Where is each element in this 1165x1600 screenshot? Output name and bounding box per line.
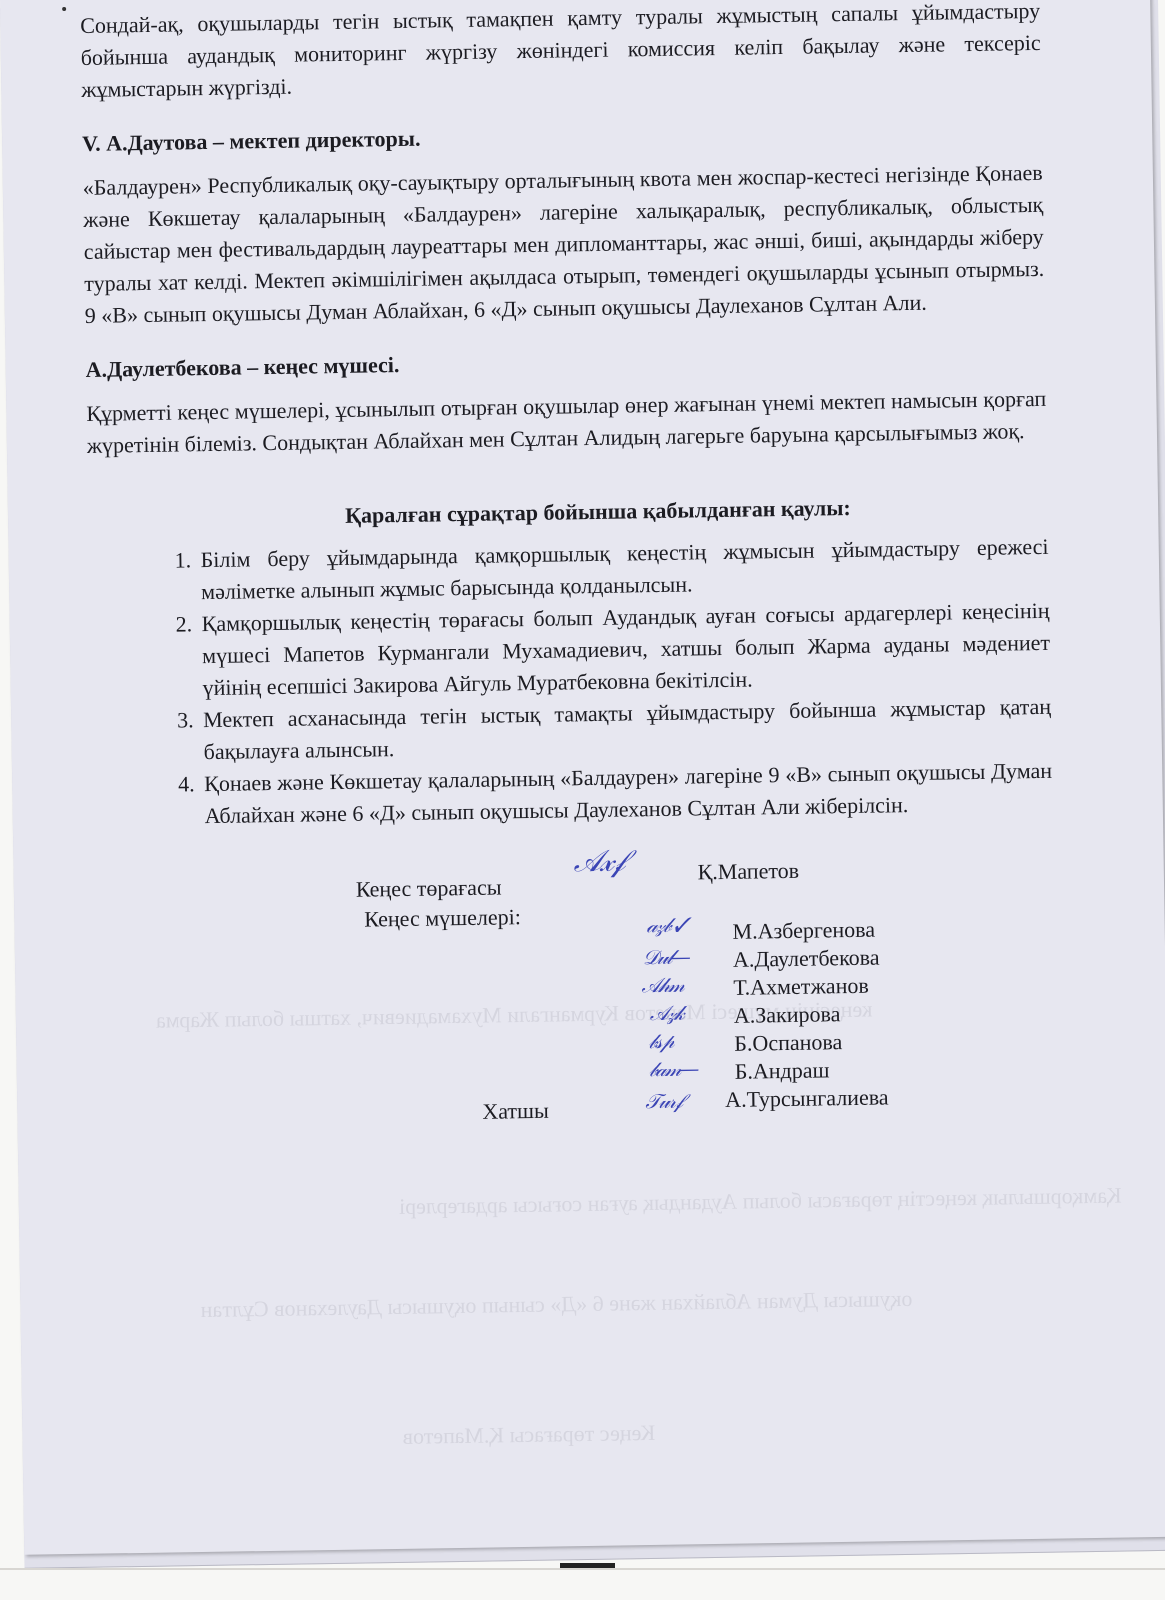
speaker-paragraph: Құрметті кеңес мүшелері, ұсынылып отырға… xyxy=(86,383,1047,462)
section-paragraph: «Балдаурен» Республикалық оқу-сауықтыру … xyxy=(83,157,1045,332)
resolutions-heading: Қаралған сұрақтар бойынша қабылданған қа… xyxy=(88,489,1048,536)
section-heading: V. А.Даутова – мектеп директоры. xyxy=(82,113,1042,160)
chair-signature: 𝒜𝓍𝒻 xyxy=(573,846,623,879)
intro-paragraph: Сондай-ақ, оқушыларды тегін ыстық тамақп… xyxy=(80,0,1041,106)
secretary-label: Хатшы xyxy=(482,1095,549,1128)
document-body: Сондай-ақ, оқушыларды тегін ыстық тамақп… xyxy=(80,0,1058,1146)
member-signature: 𝒶𝓏𝒷 ✓ xyxy=(646,909,687,942)
signature-block: 𝒜𝓍𝒻 Кеңес төрағасы Қ.Мапетов Кеңес мүшел… xyxy=(93,831,1058,1146)
show-through-text: Кеңес төрағасы Қ.Мапетов xyxy=(402,1420,655,1450)
chair-label: Кеңес төрағасы xyxy=(356,871,502,905)
scan-speck xyxy=(62,7,66,11)
resolution-item: Қонаев және Көкшетау қалаларының «Балдау… xyxy=(200,755,1053,832)
scanner-mark xyxy=(560,1563,615,1568)
members-label: Кеңес мүшелері: xyxy=(364,901,521,935)
scanner-edge xyxy=(0,1568,1165,1570)
member-signature: 𝒷𝒶𝓂— xyxy=(648,1052,697,1085)
resolutions-list: Білім беру ұйымдарында қамқоршылық кеңес… xyxy=(88,531,1052,834)
secretary-signature: 𝒯𝓊𝓇𝒻 xyxy=(645,1085,681,1118)
speaker-heading: А.Даулетбекова – кеңес мүшесі. xyxy=(85,339,1045,386)
chair-name: Қ.Мапетов xyxy=(697,855,799,889)
resolution-item: Қамқоршылық кеңестің төрағасы болып Ауда… xyxy=(197,595,1050,704)
show-through-text: оқушысы Думан Аблайхан және 6 «Д» сынып … xyxy=(200,1286,912,1323)
show-through-text: Қамқоршылық кеңестің төрағасы болып Ауда… xyxy=(399,1183,1122,1220)
secretary-name: А.Турсынгалиева xyxy=(725,1081,889,1116)
